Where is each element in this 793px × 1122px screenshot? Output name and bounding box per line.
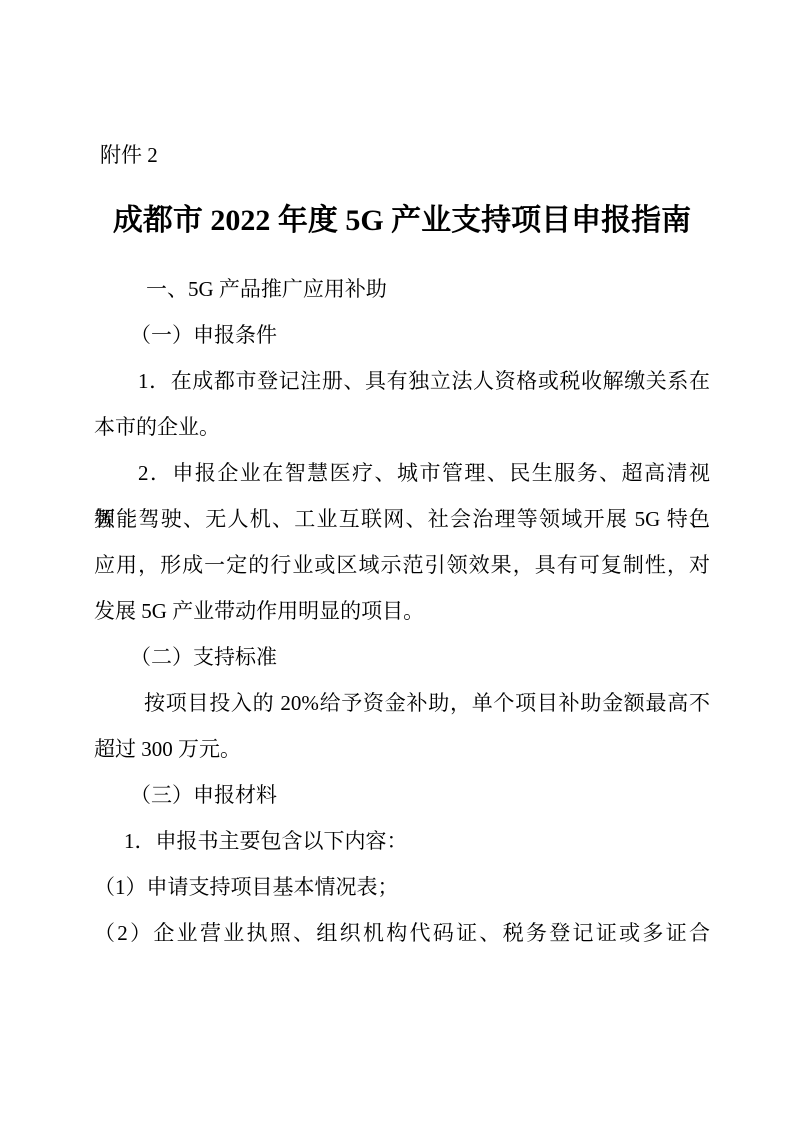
subsection-heading-line: （二）支持标准 [94, 634, 710, 680]
list-item-line: （1）申请支持项目基本情况表； [94, 864, 710, 910]
document-body: 一、5G 产品推广应用补助 （一）申报条件 1．在成都市登记注册、具有独立法人资… [94, 266, 710, 956]
subsection-heading-line: （三）申报材料 [94, 772, 710, 818]
paragraph-line: 2．申报企业在智慧医疗、城市管理、民生服务、超高清视频、 [94, 450, 710, 496]
section-heading-line: 一、5G 产品推广应用补助 [94, 266, 710, 312]
paragraph-line: 按项目投入的 20%给予资金补助，单个项目补助金额最高不 [94, 680, 710, 726]
paragraph-line: 应用，形成一定的行业或区域示范引领效果，具有可复制性，对 [94, 542, 710, 588]
attachment-label: 附件 2 [100, 141, 158, 169]
paragraph-line: 发展 5G 产业带动作用明显的项目。 [94, 588, 710, 634]
paragraph-line: 本市的企业。 [94, 404, 710, 450]
list-item-line: （2）企业营业执照、组织机构代码证、税务登记证或多证合 [94, 910, 710, 956]
paragraph-line: 超过 300 万元。 [94, 726, 710, 772]
document-title: 成都市 2022 年度 5G 产业支持项目申报指南 [94, 200, 710, 242]
document-page: 附件 2 成都市 2022 年度 5G 产业支持项目申报指南 一、5G 产品推广… [0, 0, 793, 1122]
paragraph-line: 1．在成都市登记注册、具有独立法人资格或税收解缴关系在 [94, 358, 710, 404]
subsection-heading-line: （一）申报条件 [94, 312, 710, 358]
paragraph-line: 1．申报书主要包含以下内容： [94, 818, 710, 864]
paragraph-line: 智能驾驶、无人机、工业互联网、社会治理等领域开展 5G 特色 [94, 496, 710, 542]
